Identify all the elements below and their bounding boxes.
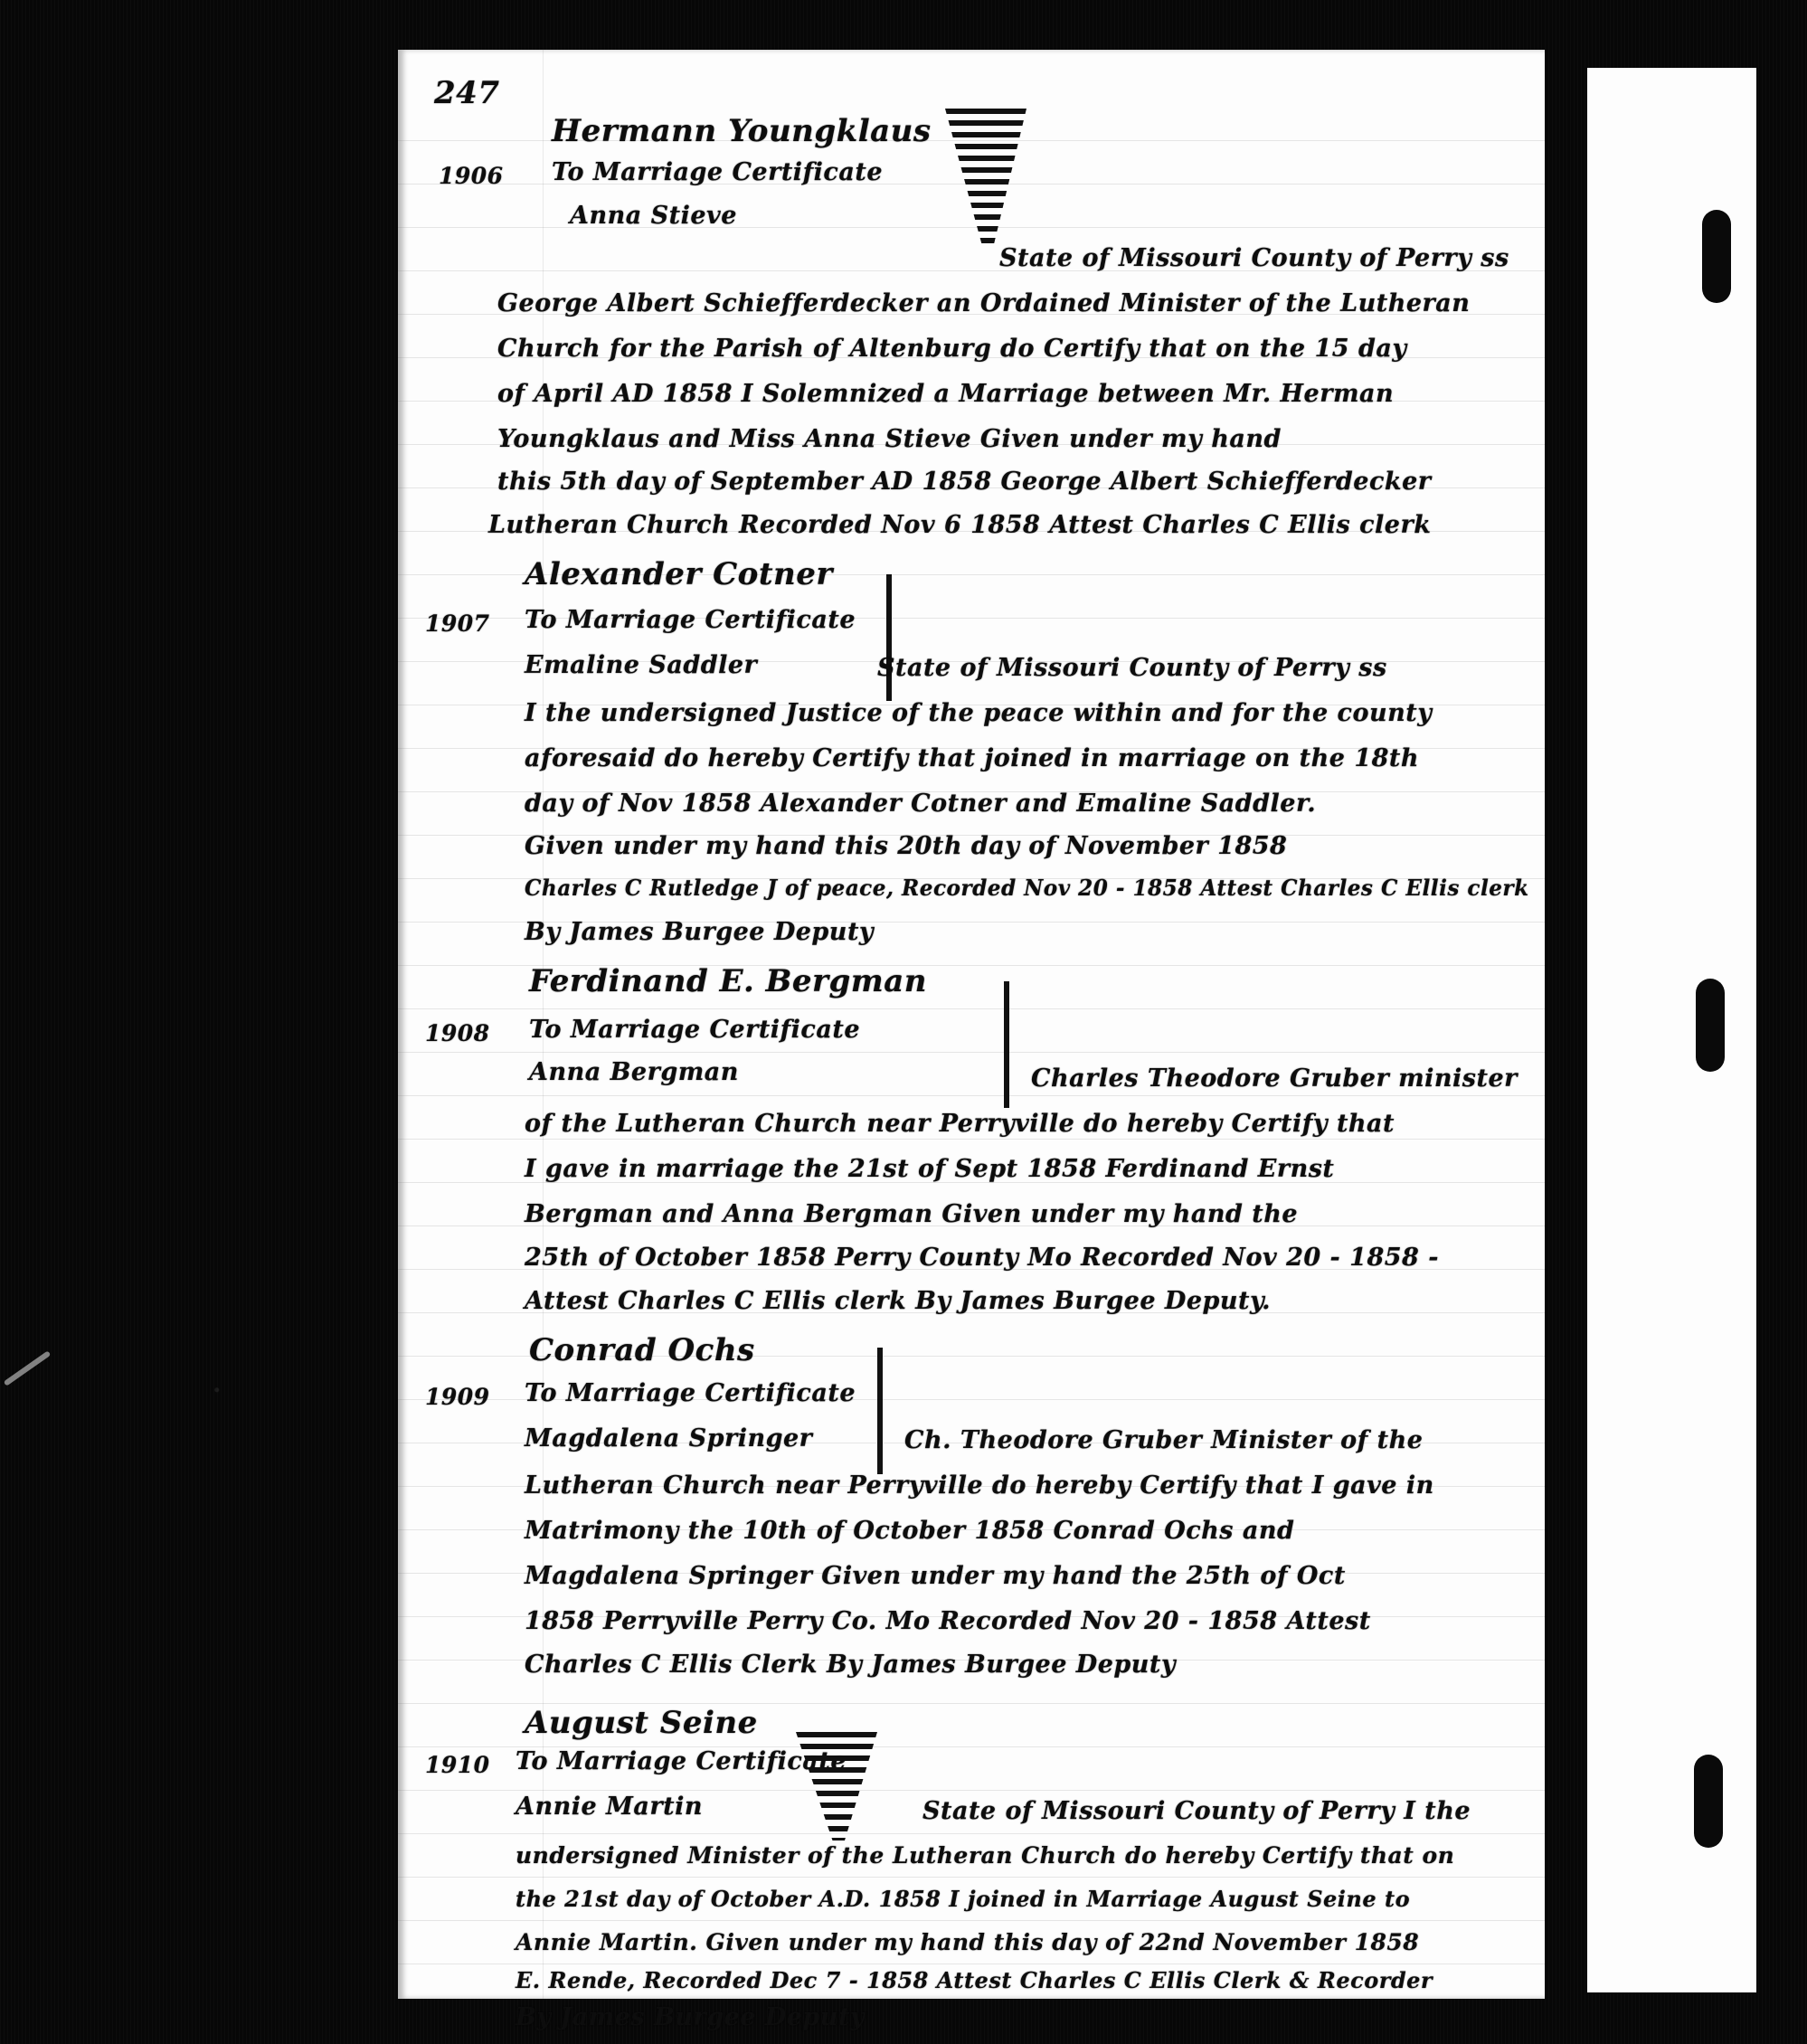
body-line: Church for the Parish of Altenburg do Ce… <box>497 335 1407 363</box>
body-line: Matrimony the 10th of October 1858 Conra… <box>525 1517 1294 1545</box>
body-line: E. Rende, Recorded Dec 7 - 1858 Attest C… <box>516 1967 1433 1993</box>
entry-number: 1908 <box>425 1020 490 1046</box>
body-line: State of Missouri County of Perry I the <box>922 1797 1471 1825</box>
bracket-flourish <box>945 109 1026 244</box>
body-line: of April AD 1858 I Solemnized a Marriage… <box>497 380 1394 408</box>
entry-number: 1906 <box>439 163 504 189</box>
body-line: 1858 Perryville Perry Co. Mo Recorded No… <box>525 1607 1371 1635</box>
sprocket-hole <box>1696 979 1725 1072</box>
register-page: 247 Hermann Youngklaus 1906 To Marriage … <box>398 50 1545 1999</box>
body-line: State of Missouri County of Perry ss <box>877 654 1387 682</box>
body-line: Annie Martin. Given under my hand this d… <box>516 1929 1419 1955</box>
groom-name: Alexander Cotner <box>525 556 833 592</box>
groom-name: Ferdinand E. Bergman <box>529 963 927 999</box>
ruled-line <box>398 1920 1545 1921</box>
body-line: Attest Charles C Ellis clerk By James Bu… <box>525 1287 1271 1315</box>
body-line: Charles C Ellis Clerk By James Burgee De… <box>525 1651 1176 1679</box>
body-line: Youngklaus and Miss Anna Stieve Given un… <box>497 425 1282 453</box>
body-line: Lutheran Church near Perryville do hereb… <box>525 1471 1434 1500</box>
body-line: day of Nov 1858 Alexander Cotner and Ema… <box>525 790 1316 818</box>
body-line: Magdalena Springer Given under my hand t… <box>525 1562 1346 1590</box>
ruled-line <box>398 1790 1545 1791</box>
bride-name: Magdalena Springer <box>525 1424 812 1453</box>
entry-heading: To Marriage Certificate <box>516 1747 847 1775</box>
entry-heading: To Marriage Certificate <box>552 158 883 186</box>
entry-number: 1909 <box>425 1384 490 1410</box>
film-leader-strip <box>1587 68 1756 1992</box>
bracket-flourish <box>796 1732 877 1841</box>
ruled-line <box>398 1833 1545 1834</box>
sprocket-hole <box>1694 1755 1723 1848</box>
body-line: By James Burgee Deputy <box>525 918 874 946</box>
groom-name: August Seine <box>525 1705 758 1741</box>
body-line: of the Lutheran Church near Perryville d… <box>525 1110 1395 1138</box>
body-line: I the undersigned Justice of the peace w… <box>525 699 1432 727</box>
ruled-line <box>398 1703 1545 1704</box>
body-line: undersigned Minister of the Lutheran Chu… <box>516 1842 1454 1869</box>
entry-heading: To Marriage Certificate <box>525 1379 856 1407</box>
ruled-line <box>398 1139 1545 1140</box>
body-line: I gave in marriage the 21st of Sept 1858… <box>525 1155 1334 1183</box>
sprocket-hole <box>1702 210 1731 303</box>
body-line: Charles Theodore Gruber minister <box>1031 1065 1518 1093</box>
bracket-brace <box>814 1348 883 1474</box>
entry-number: 1910 <box>425 1752 490 1778</box>
body-line: Given under my hand this 20th day of Nov… <box>525 832 1287 860</box>
bride-name: Anna Stieve <box>570 202 737 230</box>
body-line: 25th of October 1858 Perry County Mo Rec… <box>525 1244 1439 1272</box>
body-line: aforesaid do hereby Certify that joined … <box>525 744 1419 772</box>
entry-number: 1907 <box>425 610 490 637</box>
entry-heading: To Marriage Certificate <box>529 1016 860 1044</box>
ruled-line <box>398 1964 1545 1964</box>
ruled-line <box>398 1877 1545 1878</box>
bracket-brace <box>941 981 1009 1108</box>
groom-name: Hermann Youngklaus <box>552 113 932 149</box>
body-line: Charles C Rutledge J of peace, Recorded … <box>525 875 1529 901</box>
bride-name: Anna Bergman <box>529 1058 739 1086</box>
body-line: State of Missouri County of Perry ss <box>999 244 1509 272</box>
body-line: the 21st day of October A.D. 1858 I join… <box>516 1886 1410 1912</box>
body-line: Lutheran Church Recorded Nov 6 1858 Atte… <box>488 511 1431 539</box>
groom-name: Conrad Ochs <box>529 1332 755 1368</box>
body-line: Ch. Theodore Gruber Minister of the <box>904 1426 1423 1454</box>
bride-name: Emaline Saddler <box>525 651 757 679</box>
bracket-brace <box>823 574 892 701</box>
bride-name: Annie Martin <box>516 1793 703 1821</box>
entry-heading: To Marriage Certificate <box>525 606 856 634</box>
body-line: George Albert Schiefferdecker an Ordaine… <box>497 289 1470 317</box>
body-line: this 5th day of September AD 1858 George… <box>497 468 1432 496</box>
body-line: Bergman and Anna Bergman Given under my … <box>525 1200 1298 1228</box>
page-number: 247 <box>434 75 499 111</box>
body-line: By James Burgee Deputy <box>516 2003 865 2031</box>
